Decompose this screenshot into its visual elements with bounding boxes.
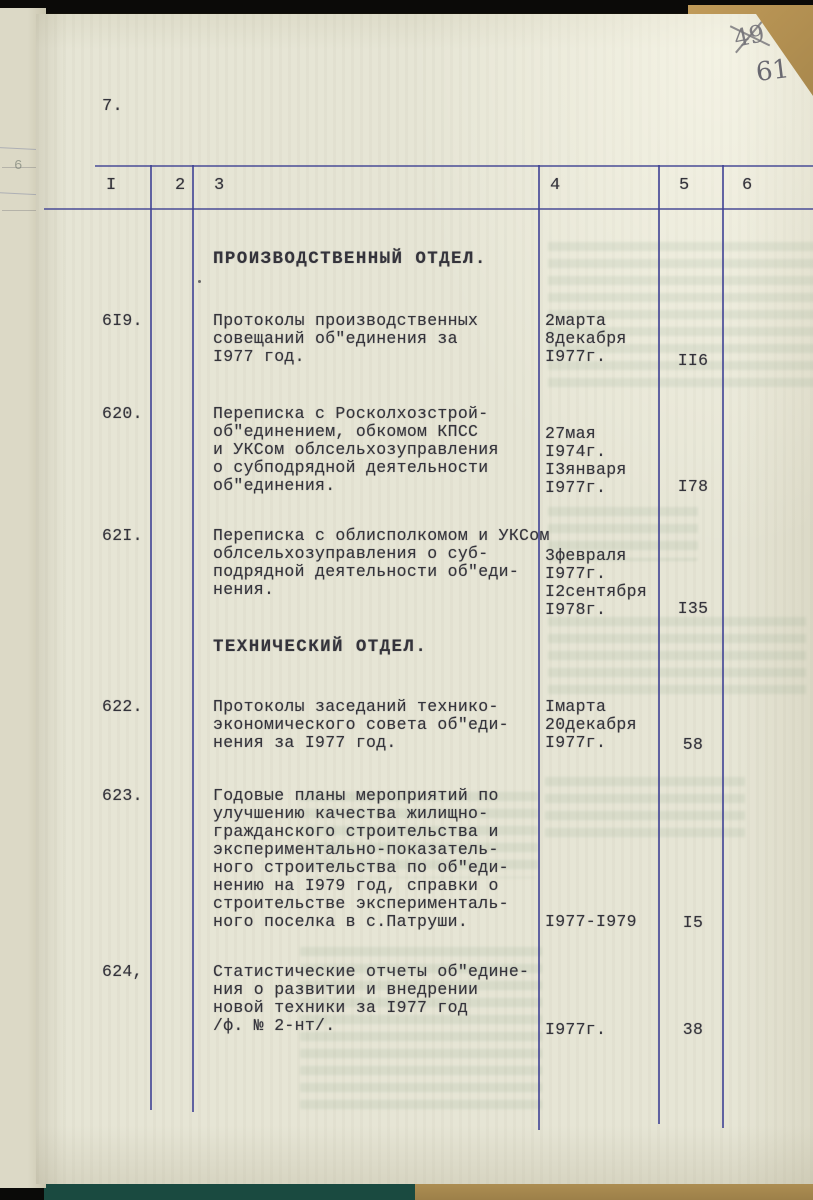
- cell-dates: 27мая I974г. I3января I977г.: [545, 425, 661, 497]
- cell-description: Переписка с Росколхозстрой- об"единением…: [213, 405, 565, 495]
- table-vline: [192, 165, 194, 1112]
- cell-sheet-count: 58: [664, 736, 722, 754]
- column-header-6: 6: [742, 177, 753, 195]
- cell-sheet-count: 38: [664, 1021, 722, 1039]
- section-heading-technical: ТЕХНИЧЕСКИЙ ОТДЕЛ.: [213, 638, 427, 656]
- cell-item-number: 623.: [102, 787, 182, 805]
- column-header-3: 3: [214, 177, 225, 195]
- document-scan: 6 7. 49 61 I 2 3 4 5 6 ПРОИЗВОДСТВЕ: [0, 0, 813, 1200]
- cell-dates: I977г.: [545, 1021, 661, 1039]
- table-hline-top: [95, 165, 813, 167]
- cell-sheet-count: II6: [664, 352, 722, 370]
- page-number-typed: 7.: [102, 98, 123, 116]
- table-vline: [722, 165, 724, 1128]
- cell-item-number: 624,: [102, 963, 182, 981]
- column-header-4: 4: [550, 177, 561, 195]
- ink-speck: [198, 280, 201, 283]
- cell-item-number: 6I9.: [102, 312, 182, 330]
- cell-description: Статистические отчеты об"едине- ния о ра…: [213, 963, 565, 1035]
- previous-page-digit: 6: [14, 158, 22, 174]
- cell-dates: 2марта 8декабря I977г.: [545, 312, 661, 366]
- cell-sheet-count: I5: [664, 914, 722, 932]
- table-vline: [658, 165, 660, 1124]
- table-hline-under-header: [44, 208, 813, 210]
- bleedthrough-artifact: [548, 615, 806, 701]
- cell-description: Протоколы производственных совещаний об"…: [213, 312, 565, 366]
- cell-sheet-count: I35: [664, 600, 722, 618]
- pencil-annotation-crossed: 49: [731, 19, 767, 53]
- section-heading-production: ПРОИЗВОДСТВЕННЫЙ ОТДЕЛ.: [213, 250, 487, 268]
- cell-item-number: 622.: [102, 698, 182, 716]
- cell-description: Годовые планы мероприятий по улучшению к…: [213, 787, 565, 931]
- cell-dates: 3февраля I977г. I2сентября I978г.: [545, 547, 661, 619]
- cell-dates: Iмарта 20декабря I977г.: [545, 698, 661, 752]
- column-header-1: I: [106, 177, 117, 195]
- cell-description: Переписка с облисполкомом и УКСом облсел…: [213, 527, 565, 599]
- pencil-annotation-page-number: 61: [754, 54, 791, 88]
- column-header-2: 2: [175, 177, 186, 195]
- column-header-5: 5: [679, 177, 690, 195]
- cell-item-number: 620.: [102, 405, 182, 423]
- cell-sheet-count: I78: [664, 478, 722, 496]
- cell-description: Протоколы заседаний технико- экономическ…: [213, 698, 565, 752]
- book-cover-bottom-edge: [42, 1183, 420, 1200]
- bleedthrough-artifact: [545, 775, 745, 841]
- document-page: 7. 49 61 I 2 3 4 5 6 ПРОИЗВОДСТВЕННЫЙ ОТ…: [36, 14, 813, 1184]
- cell-item-number: 62I.: [102, 527, 182, 545]
- cell-dates: I977-I979: [545, 913, 661, 931]
